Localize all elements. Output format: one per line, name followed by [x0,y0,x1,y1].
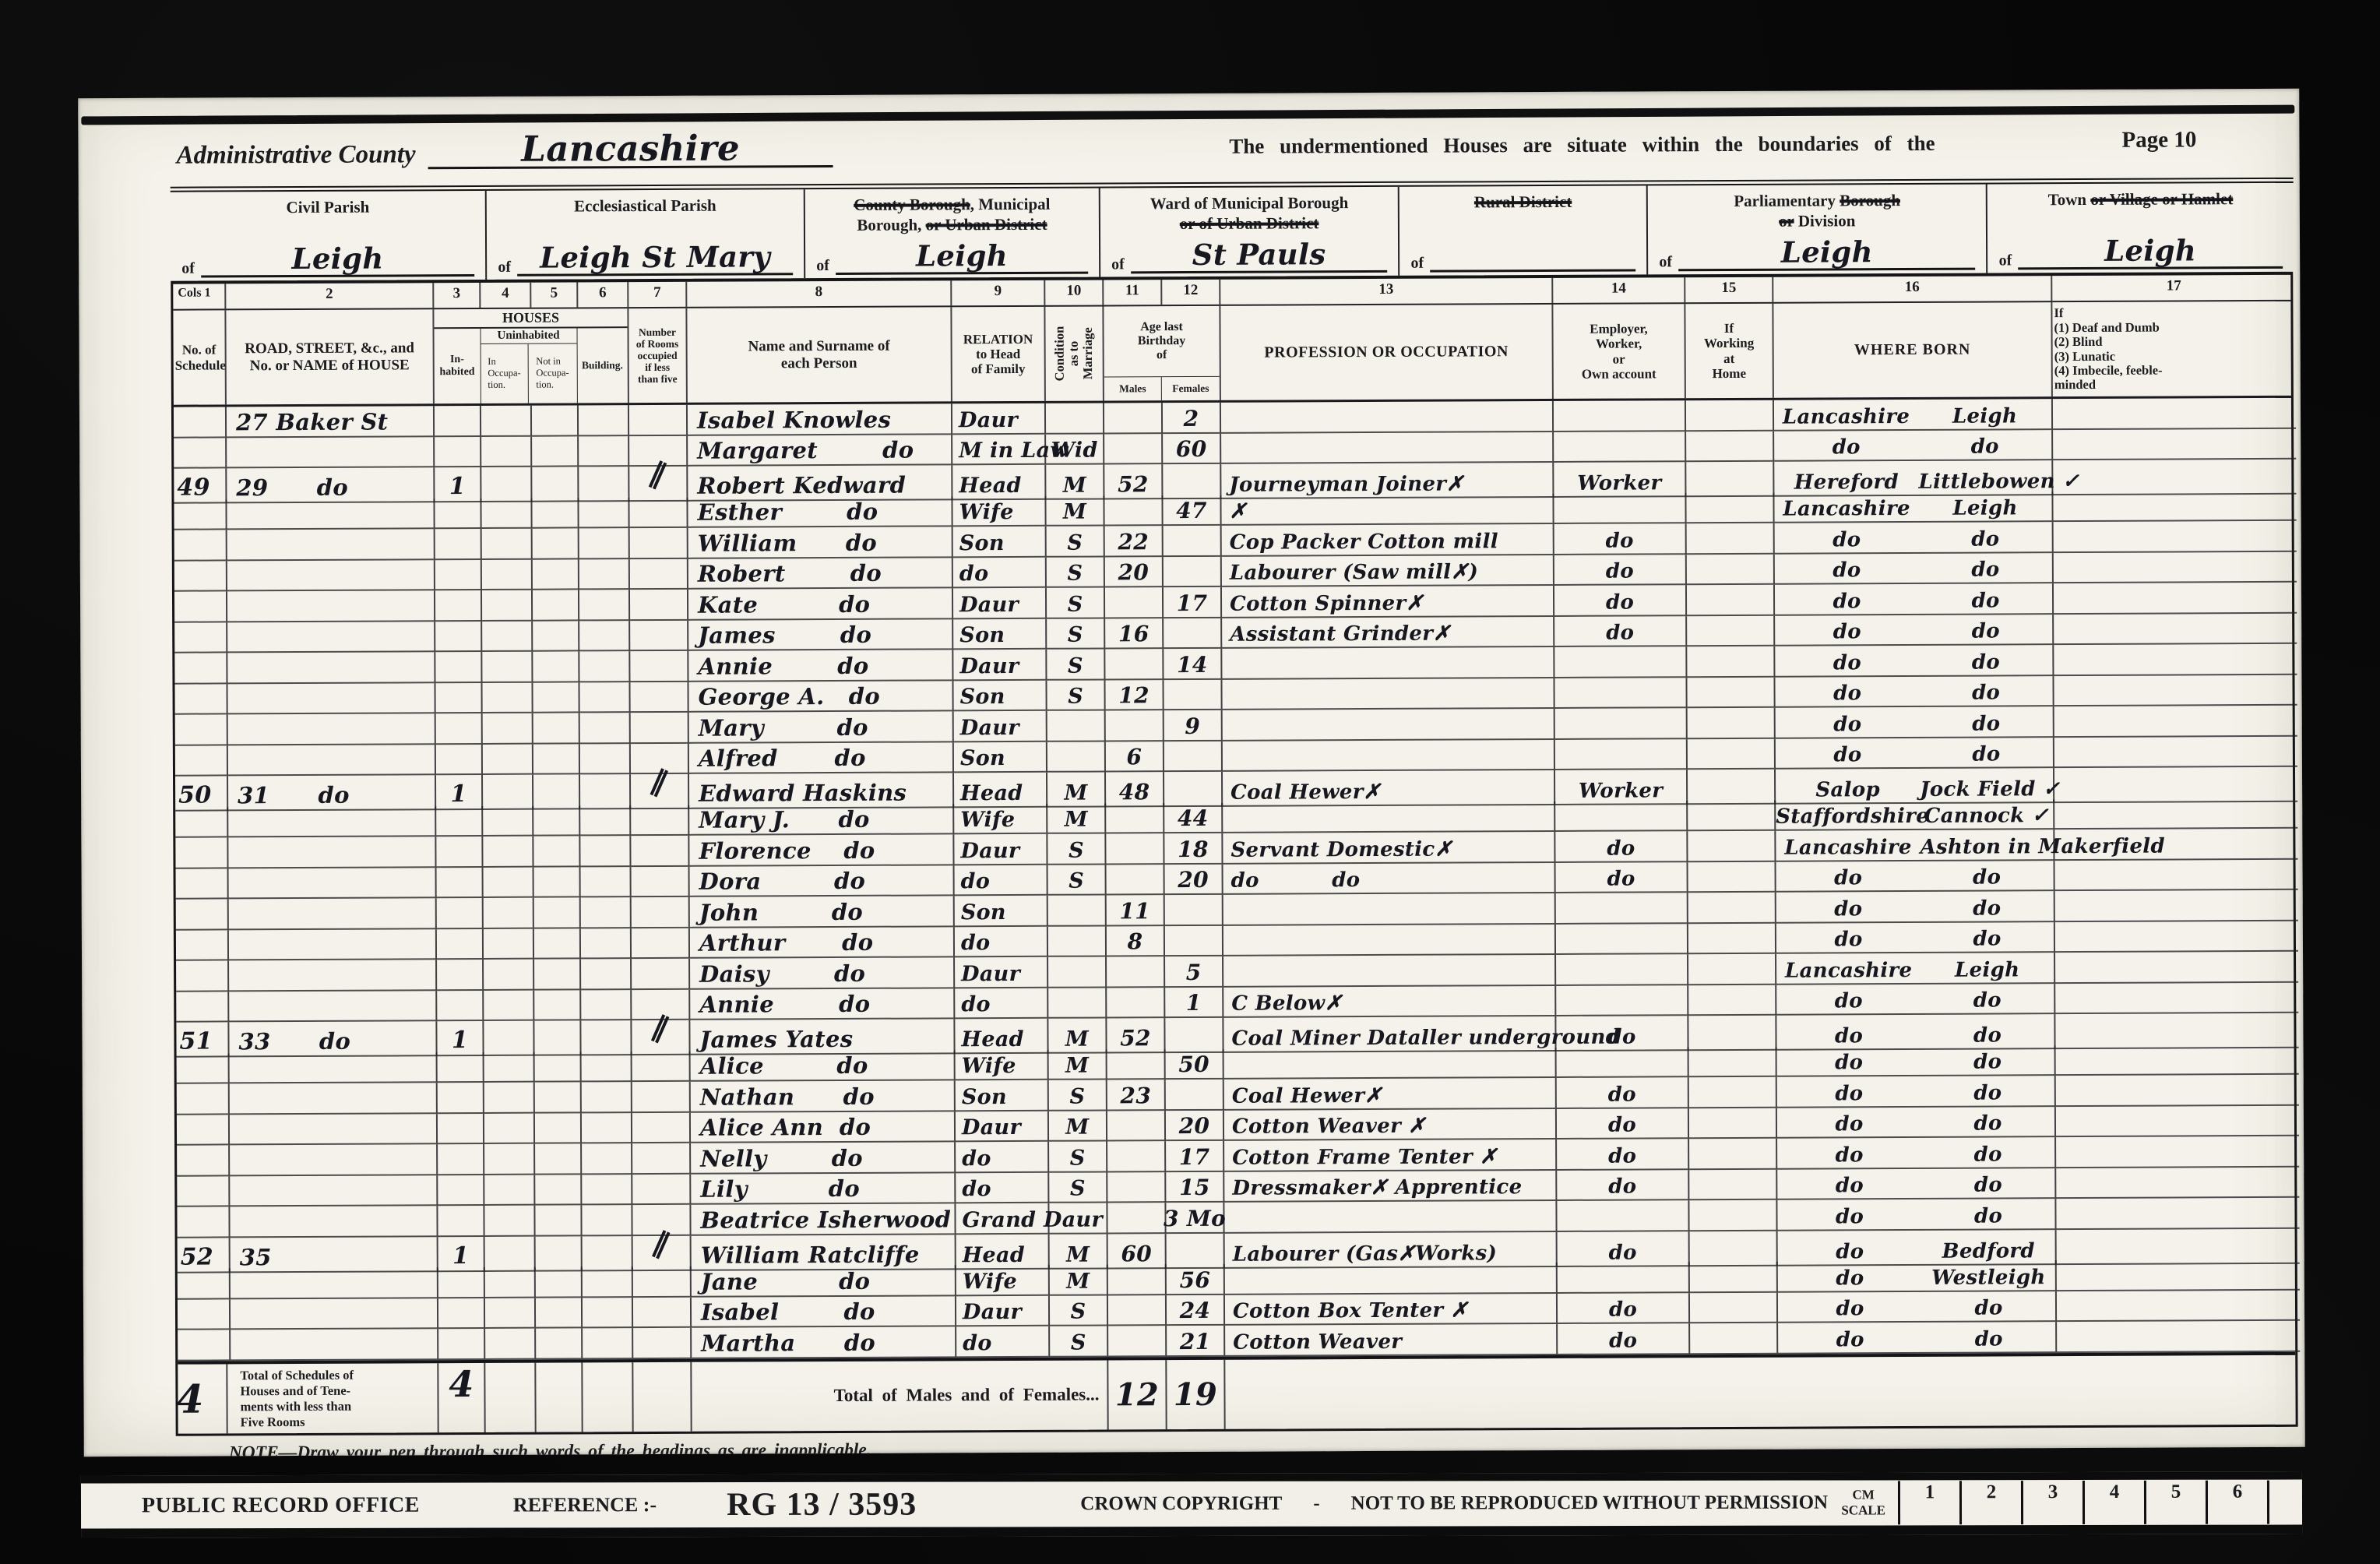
cell-inhabited [435,436,481,467]
cell-where-born: do do [1777,1076,2056,1108]
born-place: do [1921,1081,2054,1105]
district-label: Ecclesiastical Parish [487,195,804,217]
cell-not-in-occupation [533,836,580,867]
column-number: 4 [481,283,531,308]
born-place: do [1922,1327,2055,1351]
cell-infirmity [2053,490,2296,522]
cell-age-male [1104,434,1163,465]
cell-age-female: 15 [1166,1171,1224,1203]
totals-row: 4 Total of Schedules of Houses and of Te… [178,1351,2295,1433]
cell-occupation [1223,955,1556,987]
cell-condition [1047,741,1106,773]
empty-cell [583,1362,633,1432]
cell-condition: M [1048,1018,1107,1053]
cell-schedule-no [177,1115,230,1146]
cell-age-male [1104,495,1163,527]
administrative-county-label: Administrative County [176,140,415,170]
cell-relation: Wife [956,1265,1050,1296]
cell-rooms [633,1297,692,1328]
cell-infirmity [2056,1136,2299,1168]
cell-employer: do [1554,523,1687,555]
cell-not-in-occupation [536,1298,583,1329]
cell-where-born: do do [1778,1291,2057,1323]
cell-occupation: Cotton Spinner✗ [1222,586,1554,618]
cell-inhabited: 1 [436,775,483,810]
cell-name: Mary J. do [689,804,954,836]
cell-age-male [1107,1111,1166,1142]
cell-age-female: 3 Mo [1166,1203,1224,1234]
cell-road [227,652,435,684]
cell-working-at-home [1688,738,1776,770]
cell-occupation [1223,893,1556,925]
cell-road [228,713,436,745]
cell-schedule-no [177,1206,230,1238]
col-header-females: Females [1162,377,1220,400]
cell-inhabited [435,682,482,713]
cell-rooms [631,713,689,744]
cell-infirmity [2054,798,2297,830]
born-place: do [1919,527,2052,551]
cell-schedule-no: 52 [178,1238,231,1273]
cell-employer: do [1558,1293,1690,1324]
cell-rooms [630,528,688,559]
cell-road [229,991,437,1023]
cell-rooms [633,1328,692,1359]
cell-building [579,590,630,621]
cell-not-in-occupation [533,805,580,837]
cell-inhabited [438,1083,484,1114]
cell-relation: Wife [956,1049,1049,1080]
cell-where-born: do do [1775,553,2054,585]
district-of-word: of [498,259,511,277]
born-place: Leigh [1919,496,2052,520]
cell-age-female: 9 [1164,710,1223,741]
cell-rooms [631,805,689,836]
cell-not-in-occupation [533,528,579,559]
cell-not-in-occupation [534,867,581,898]
cell-not-in-occupation [533,774,580,809]
cell-occupation: Assistant Grinder✗ [1222,616,1554,648]
column-number: 17 [2052,275,2295,301]
cell-where-born: do do [1778,1322,2057,1354]
cell-in-occupation [482,559,533,590]
cell-relation: Daur [953,650,1047,681]
cell-road [227,529,435,561]
born-county: do [1777,1081,1921,1105]
cell-occupation: Cotton Box Tenter ✗ [1225,1293,1558,1325]
cell-name: Annie do [688,650,953,682]
cell-not-in-occupation [532,467,579,502]
cell-age-male: 52 [1104,464,1163,499]
cell-employer: do [1557,1108,1689,1140]
district-box: Ecclesiastical Parish of Leigh St Mary [487,189,805,280]
cell-infirmity [2054,583,2297,615]
cell-where-born: do do [1775,645,2054,677]
cell-where-born: do do [1777,1199,2056,1231]
enumeration-table: Cols 1234567891011121314151617 No. of Sc… [171,272,2297,1435]
cell-name: Isabel Knowles [688,403,952,435]
born-county: do [1775,682,1919,706]
cell-working-at-home [1689,1169,1777,1200]
cell-occupation: Labourer (Saw mill✗) [1222,555,1554,586]
born-place: do [1920,681,2053,705]
cell-name: Florence do [689,834,954,866]
cell-schedule-no [176,992,229,1023]
ruler-segment: 4 [2082,1481,2144,1524]
cell-schedule-no [177,1053,230,1084]
cell-name: John do [690,896,955,928]
cell-not-in-occupation [532,405,579,436]
col-header-rooms: Number of Rooms occupied if less than fi… [628,308,688,403]
district-value: St Pauls [1131,241,1388,273]
cell-relation: Son [953,527,1047,558]
cell-name: Esther do [688,496,952,528]
cell-where-born: do do [1776,706,2054,738]
cell-inhabited [435,406,481,437]
cell-working-at-home [1688,800,1776,831]
cell-condition [1048,895,1107,926]
cell-rooms [632,897,690,928]
cell-relation: Son [954,741,1047,773]
cell-not-in-occupation [534,928,581,960]
cell-where-born: do do [1774,430,2053,462]
cell-where-born: Lancashire Leigh [1774,491,2053,523]
cell-in-occupation [485,1236,536,1271]
cell-working-at-home [1687,554,1775,585]
cell-working-at-home [1688,923,1776,954]
boundaries-statement: The undermentioned Houses are situate wi… [1042,118,2121,160]
district-of-word: of [816,257,829,275]
cell-employer [1556,893,1688,924]
cell-name: Kate do [688,588,953,620]
cell-age-male [1108,1264,1167,1295]
column-number: 16 [1773,276,2052,302]
cell-employer [1554,400,1686,432]
cell-in-occupation [484,1175,535,1206]
cell-age-female [1166,1080,1224,1111]
cell-in-occupation [481,436,532,467]
cell-relation: do [956,1142,1049,1173]
cell-building [582,1051,632,1083]
born-place: do [1918,435,2051,459]
cell-building [581,990,632,1021]
cell-employer: do [1554,616,1687,647]
cell-name: Nathan do [691,1080,956,1112]
cell-age-male: 22 [1105,526,1164,557]
cell-building [579,467,629,502]
col-header-males: Males [1104,377,1162,400]
cell-infirmity [2054,706,2297,738]
born-county: do [1775,589,1919,613]
cell-condition: M [1047,803,1106,834]
column-number: 12 [1162,280,1220,305]
cell-employer [1557,1200,1689,1231]
cell-inhabited [437,990,484,1021]
cell-age-male: 12 [1105,680,1164,711]
born-place: Ashton in Makerfield [1920,835,2053,859]
cell-name: Alice Ann do [691,1111,956,1143]
born-county: do [1774,435,1918,460]
cell-occupation [1223,709,1555,741]
cell-road [227,437,435,469]
col-header-occupation: PROFESSION OR OCCUPATION [1220,305,1554,400]
col-header-uninhabited: Uninhabited [481,328,576,343]
cell-name: Alfred do [689,742,954,774]
cell-employer [1554,493,1686,524]
cell-name: Nelly do [691,1142,956,1174]
cell-schedule-no [178,1268,231,1299]
ruler-segment: 3 [2021,1481,2082,1524]
cell-age-female: 17 [1166,1141,1224,1172]
cell-infirmity [2054,644,2297,676]
cell-building [580,836,631,867]
cell-rooms [632,866,690,897]
cell-in-occupation [484,990,534,1021]
cell-condition [1049,1203,1107,1234]
cell-where-born: do do [1776,984,2055,1016]
cell-working-at-home [1689,1077,1777,1108]
cell-in-occupation [485,1267,536,1298]
total-schedules-label: Total of Schedules of Houses and of Tene… [231,1363,438,1433]
cell-in-occupation [484,960,534,991]
cell-condition: S [1047,587,1105,618]
cell-employer: do [1554,555,1687,586]
col-header-not-in-occupation: Not in Occupa- tion. [529,343,577,403]
cell-relation: Daur [953,588,1047,619]
cell-name: William do [688,527,953,558]
cell-inhabited [438,1206,484,1237]
cell-working-at-home [1689,1139,1777,1170]
cell-name: Lily do [691,1173,956,1205]
cell-age-female: 5 [1165,956,1223,988]
cell-not-in-occupation [535,1113,582,1144]
cell-building [579,621,630,652]
cell-rooms [632,1143,691,1175]
cell-building [582,1113,632,1144]
cell-relation: Daur [956,1295,1050,1326]
born-county: do [1778,1266,1922,1290]
cell-building [580,805,631,837]
cell-building [583,1236,633,1271]
cell-where-born: do do [1775,615,2054,646]
cell-schedule-no: 51 [176,1022,229,1057]
cell-not-in-occupation [536,1236,583,1271]
cell-not-in-occupation [535,1205,582,1236]
cell-rooms [630,590,688,621]
cell-not-in-occupation [533,651,579,682]
cell-age-female: 1 [1165,987,1223,1018]
total-males-value: 12 [1108,1360,1167,1429]
cell-rooms [632,1082,691,1113]
district-boxes: Civil Parish of Leigh Ecclesiastical Par… [171,183,2294,281]
cell-condition: S [1047,557,1105,588]
cell-occupation [1221,432,1554,463]
col-header-where-born: WHERE BORN [1773,302,2053,398]
cell-rooms [630,651,688,682]
cell-condition: Wid [1046,434,1104,465]
cell-relation: Daur [955,957,1048,988]
cell-condition [1048,988,1107,1019]
cell-name: Martha do [692,1326,956,1358]
cell-age-male [1107,1141,1166,1172]
scanned-census-page: { "of_label": "of", "admin": { "label": … [0,0,2380,1564]
cell-age-female: 14 [1164,649,1222,680]
born-county: do [1777,1051,1921,1075]
cell-age-male [1107,988,1165,1019]
cell-rooms [630,682,688,713]
cell-rooms [632,959,690,990]
cell-inhabited [436,837,483,868]
cell-age-female [1167,1233,1225,1268]
col-header-age: Age last Birthday of Males Females [1104,306,1221,401]
cell-age-female: 18 [1164,833,1223,865]
cell-in-occupation [484,1021,534,1056]
cell-in-occupation [483,775,533,810]
cell-condition: S [1048,865,1107,896]
cell-not-in-occupation [535,1051,582,1083]
cell-age-female: 21 [1167,1326,1225,1357]
born-county: do [1775,527,1919,551]
total-houses-value: 4 [438,1362,485,1432]
total-males-females-label: Total of Males and of Females... [692,1360,1108,1431]
cell-employer [1557,1047,1689,1078]
cell-inhabited: 1 [437,1021,484,1056]
cell-road [230,1206,438,1238]
district-label: Ward of Municipal Borough or of Urban Di… [1100,192,1399,234]
cell-schedule-no [178,1330,231,1361]
cell-relation: Daur [952,403,1046,435]
cell-name: Beatrice Isherwood [691,1203,956,1235]
cell-relation: Daur [954,834,1047,865]
cell-where-born: do do [1777,1137,2056,1169]
cell-occupation: Dressmaker✗ Apprentice [1224,1170,1557,1202]
district-of-word: of [1111,255,1125,273]
page-number: Page 10 [2121,118,2293,153]
cell-rooms [630,620,688,651]
cell-occupation [1223,924,1556,956]
cell-working-at-home [1689,1108,1777,1139]
cell-relation: Son [956,1080,1049,1111]
born-place: do [1921,988,2054,1013]
cell-relation: M in Law [952,434,1046,465]
born-place: do [1920,742,2053,766]
cell-building [581,959,632,990]
cell-building [580,774,631,809]
cell-building [583,1266,633,1298]
column-number: Cols 1 [173,284,226,308]
cell-in-occupation [482,621,533,652]
cell-not-in-occupation [532,498,579,529]
column-headers-row: No. of Schedule ROAD, STREET, &c., and N… [173,301,2291,407]
administrative-header: Administrative County Lancashire The und… [170,118,2293,192]
cell-infirmity [2057,1321,2300,1353]
district-box: Ward of Municipal Borough or of Urban Di… [1100,187,1400,277]
cell-building [580,744,631,775]
cell-age-female: 44 [1164,802,1223,833]
born-county: do [1775,650,1919,675]
cell-employer [1555,708,1688,739]
cell-infirmity [2053,428,2296,460]
cell-relation: Son [955,896,1048,927]
column-number: 7 [628,282,687,307]
column-number: 8 [687,280,952,306]
cell-age-female: 50 [1166,1048,1224,1080]
column-number: 9 [952,280,1045,306]
cell-condition: S [1047,526,1105,557]
district-label: Civil Parish [171,196,485,218]
administrative-county-value: Lancashire [428,132,833,169]
cell-occupation: Coal Hewer✗ [1224,1078,1557,1110]
headings-note: NOTE—Draw your pen through such words of… [229,1433,2305,1457]
cell-relation: do [955,988,1048,1019]
cell-name: George A. do [688,681,953,713]
cell-not-in-occupation [533,682,579,713]
cell-building [579,436,629,467]
cell-age-female [1164,618,1222,649]
cell-condition [1048,926,1107,957]
cell-schedule-no: 50 [175,776,228,811]
cell-condition [1048,956,1107,988]
cell-employer [1556,985,1688,1016]
born-county: Salop [1776,778,1920,802]
cell-condition: S [1049,1141,1107,1172]
cell-working-at-home [1689,1200,1777,1231]
born-county: do [1776,928,1921,952]
cell-relation: Wife [952,495,1046,527]
cell-not-in-occupation [535,1143,582,1175]
cell-working-at-home [1687,523,1775,555]
condition-rotated-label: Condition as to Marriage [1053,326,1096,382]
district-value: Leigh [836,243,1088,275]
cell-inhabited [438,1113,484,1144]
cell-employer [1556,924,1688,955]
cell-in-occupation [484,1051,535,1083]
cell-age-male [1107,956,1165,988]
cell-condition [1047,710,1106,741]
cell-infirmity [2056,1198,2299,1230]
col-header-employer: Employer, Worker, or Own account [1553,304,1686,399]
cell-infirmity [2056,1075,2299,1107]
district-value: Leigh [201,245,475,278]
column-number: 11 [1104,280,1162,305]
cell-in-occupation [484,898,534,929]
cell-building [580,713,631,744]
born-place: do [1921,1111,2054,1136]
cell-building [581,1020,632,1055]
cell-not-in-occupation [536,1328,583,1359]
cell-age-female [1165,895,1223,926]
district-of-word: of [1410,255,1424,273]
cell-age-female: 47 [1163,495,1221,526]
cell-rooms [632,1174,691,1205]
cell-where-born: Lancashire Ashton in Makerfield [1776,830,2054,861]
cell-inhabited [436,744,483,775]
cell-where-born: do do [1777,1107,2056,1139]
cell-schedule-no [174,684,227,715]
cell-name: Arthur do [690,927,955,959]
cell-working-at-home [1690,1262,1778,1293]
cell-condition: S [1049,1080,1107,1111]
born-place: Littlebowen ✓ [1918,470,2051,494]
cell-not-in-occupation [533,713,580,744]
col-header-infirmity: If (1) Deaf and Dumb (2) Blind (3) Lunat… [2052,301,2296,396]
cell-schedule-no: 49 [174,468,227,503]
district-value: Leigh St Mary [517,244,793,277]
born-place: do [1921,927,2054,951]
district-label: County Borough, Municipal Borough, or Ur… [805,194,1099,236]
cell-age-female [1165,1018,1223,1053]
cell-occupation: Cotton Frame Tenter ✗ [1224,1140,1557,1171]
